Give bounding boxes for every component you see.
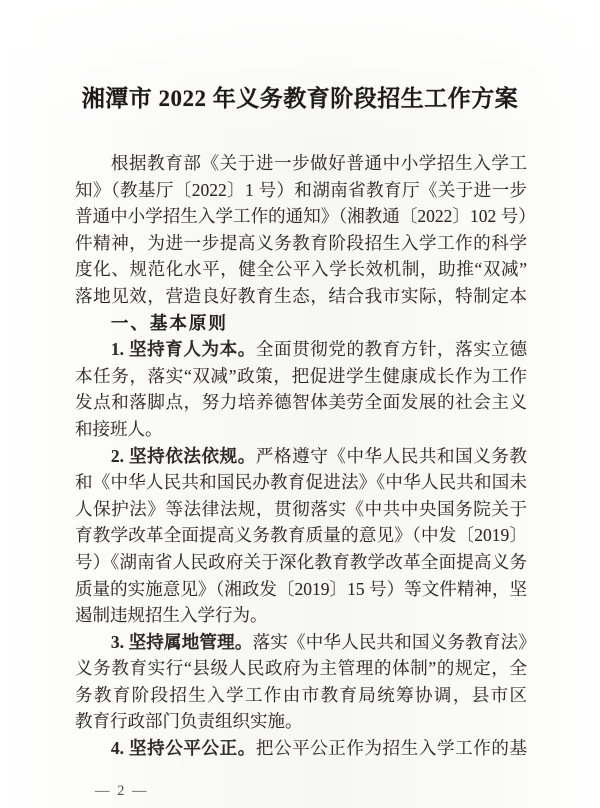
paragraph-lead: 1. 坚持育人为本。 <box>111 339 256 359</box>
paragraph-lead: 3. 坚持属地管理。 <box>111 632 253 652</box>
page-number: — 2 — <box>95 783 149 800</box>
text-line: 件精神，为进一步提高义务教育阶段招生入学工作的科学化、制 <box>75 230 527 257</box>
text-line: 遏制违规招生入学行为。 <box>75 602 527 629</box>
text-line: 知》（教基厅〔2022〕1 号）和湖南省教育厅《关于进一步规范 <box>75 177 527 204</box>
text-line: 和接班人。 <box>75 416 527 443</box>
paragraph-lead: 2. 坚持依法依规。 <box>111 446 256 466</box>
text-line: 3. 坚持属地管理。落实《中华人民共和国义务教育法》关于 <box>75 629 527 656</box>
text-line: 和《中华人民共和国民办教育促进法》《中华人民共和国未成年 <box>75 469 527 496</box>
text-line: 度化、规范化水平，健全公平入学长效机制，助推“双减”政策 <box>75 256 527 283</box>
document-title: 湘潭市 2022 年义务教育阶段招生工作方案 <box>0 0 600 116</box>
text-line: 教育行政部门负责组织实施。 <box>75 708 527 735</box>
text-line: 2. 坚持依法依规。严格遵守《中华人民共和国义务教育法》 <box>75 443 527 470</box>
text-line: 务教育阶段招生入学工作由市教育局统筹协调，县市区（园区） <box>75 682 527 709</box>
text-line: 本任务，落实“双减”政策，把促进学生健康成长作为工作的出 <box>75 363 527 390</box>
text-line: 普通中小学招生入学工作的通知》（湘教通〔2022〕102 号）文 <box>75 203 527 230</box>
text-line: 根据教育部《关于进一步做好普通中小学招生入学工作的通 <box>75 150 527 177</box>
text-line: 号）《湖南省人民政府关于深化教育教学改革全面提高义务教育 <box>75 549 527 576</box>
text-line: 质量的实施意见》（湘政发〔2019〕15 号）等文件精神，坚决 <box>75 576 527 603</box>
document-lines: 根据教育部《关于进一步做好普通中小学招生入学工作的通知》（教基厅〔2022〕1 … <box>75 150 527 762</box>
text-line: 发点和落脚点，努力培养德智体美劳全面发展的社会主义建设者 <box>75 389 527 416</box>
text-line: 育教学改革全面提高义务教育质量的意见》（中发〔2019〕26 <box>75 522 527 549</box>
text-line: 4. 坚持公平公正。把公平公正作为招生入学工作的基本价值 <box>75 735 527 762</box>
scanned-document-page: 湘潭市 2022 年义务教育阶段招生工作方案 根据教育部《关于进一步做好普通中小… <box>0 0 600 808</box>
text-line: 人保护法》等法律法规，贯彻落实《中共中央国务院关于深化教 <box>75 496 527 523</box>
text-line: 落地见效，营造良好教育生态，结合我市实际，特制定本方案。 <box>75 283 527 310</box>
paragraph-lead: 4. 坚持公平公正。 <box>111 738 256 758</box>
text-line: 1. 坚持育人为本。全面贯彻党的教育方针，落实立德树人根 <box>75 336 527 363</box>
paragraph-lead: 一、基本原则 <box>111 313 228 333</box>
section-heading: 一、基本原则 <box>75 310 527 337</box>
text-line: 义务教育实行“县级人民政府为主管理的体制”的规定，全市义 <box>75 655 527 682</box>
